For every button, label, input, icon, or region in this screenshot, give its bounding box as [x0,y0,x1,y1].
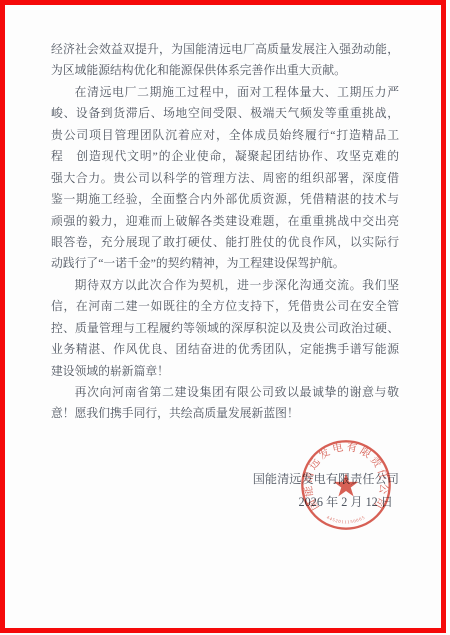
body-line: 期待双方以此次合作为契机，进一步深化沟通交流。我们坚 [51,275,399,296]
body-line: 在清远电厂二期施工过程中，面对工程体量大、工期压力严 [51,82,399,103]
body-line: 鉴一期施工经验，全面整合内外部优质资源，凭借精湛的技术与 [51,189,399,210]
body-line: 顽强的毅力，迎难而上破解各类建设难题，在重重挑战中交出亮 [51,211,399,232]
seal-star-icon [334,473,359,496]
body-line: 眼答卷，充分展现了敢打硬仗、能打胜仗的优良作风，以实际行 [51,232,399,253]
seal-code: 4452011150005 [326,514,366,524]
letter-page: 经济社会效益双提升，为国能清远电厂高质量发展注入强劲动能， 为区域能源结构优化和… [0,0,450,635]
body-line: 意！愿我们携手同行，共绘高质量发展新蓝图！ [51,403,399,424]
body-line: 动践行了“一诺千金”的契约精神，为工程建设保驾护航。 [51,253,399,274]
official-seal-stamp: 国能清远发电有限责任公司 4452011150005 [298,437,394,533]
body-line: 为区域能源结构优化和能源保供体系完善作出重大贡献。 [51,60,399,81]
body-line: 强大合力。贵公司以科学的管理方法、周密的组织部署，深度借 [51,168,399,189]
body-line: 峻、设备到货滞后、场地空间受限、极端天气频发等重重挑战， [51,103,399,124]
body-line: 信，在河南二建一如既往的全方位支持下，凭借贵公司在安全管 [51,296,399,317]
body-line: 经济社会效益双提升，为国能清远电厂高质量发展注入强劲动能， [51,39,399,60]
svg-text:4452011150005: 4452011150005 [326,514,366,524]
body-line: 程 创造现代文明”的企业使命，凝聚起团结协作、攻坚克难的 [51,146,399,167]
body-line: 贵公司项目管理团队沉着应对，全体成员始终履行“打造精品工 [51,125,399,146]
body-line: 控、质量管理与工程履约等领域的深厚积淀以及贵公司政治过硬、 [51,318,399,339]
body-line: 业务精湛、作风优良、团结奋进的优秀团队，定能携手谱写能源 [51,339,399,360]
body-line: 建设领域的崭新篇章！ [51,361,399,382]
body-line: 再次向河南省第二建设集团有限公司致以最诚挚的谢意与敬 [51,382,399,403]
